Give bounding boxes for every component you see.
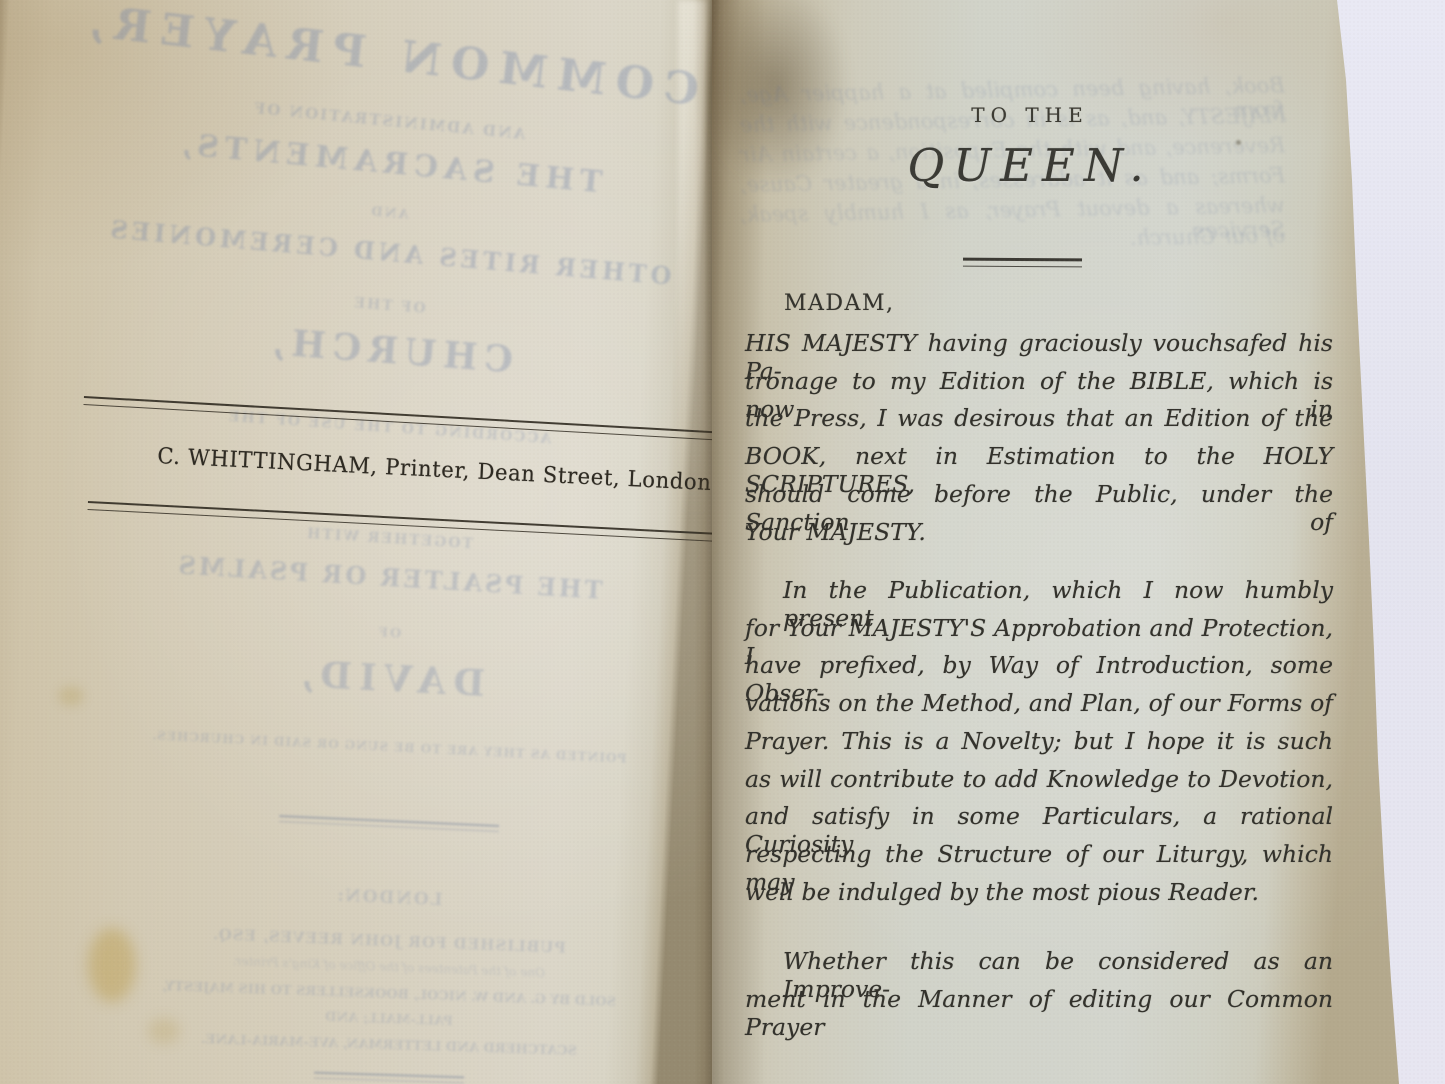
title-rule (963, 258, 1082, 268)
dedication-line: Your MAJESTY. (745, 518, 1333, 546)
dedication-title: QUEEN. (740, 139, 1320, 192)
book-photo: COMMON PRAYER,AND ADMINISTRATION OFTHE S… (0, 0, 1445, 1084)
dedication-line: ment in the Manner of editing our Common… (745, 985, 1333, 1041)
showthrough-rule (314, 1072, 464, 1084)
showthrough-line: LONDON: (58, 874, 720, 922)
left-page-showthrough: COMMON PRAYER,AND ADMINISTRATION OFTHE S… (58, 0, 720, 1084)
dedication-line: the Press, I was desirous that an Editio… (745, 404, 1333, 432)
dedication-line: vations on the Method, and Plan, of our … (745, 689, 1333, 717)
showthrough-line: POINTED AS THEY ARE TO BE SUNG OR SAID I… (58, 724, 720, 770)
dedication-kicker: TO THE (740, 103, 1320, 127)
dedication-line: Prayer. This is a Novelty; but I hope it… (745, 727, 1333, 755)
showthrough-rule (279, 815, 499, 832)
salutation: MADAM, (784, 291, 894, 316)
dedication-line: as will contribute to add Knowledge to D… (745, 765, 1333, 793)
left-page: COMMON PRAYER,AND ADMINISTRATION OFTHE S… (0, 0, 714, 1084)
dedication-line: well be indulged by the most pious Reade… (745, 878, 1333, 906)
